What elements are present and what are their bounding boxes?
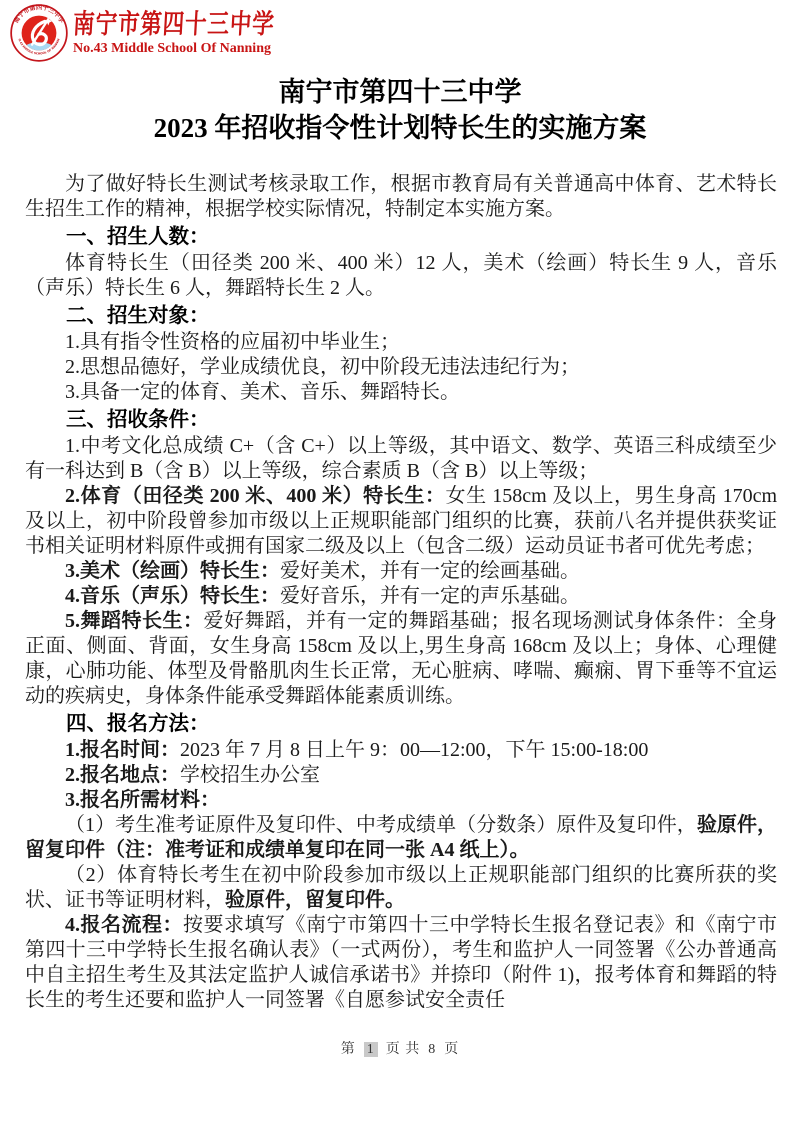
document-page: 南宁市第四十三中学 NO.43 MIDDLE SCHOOL OF NANNING…: [0, 0, 800, 1131]
paragraph: 3.报名所需材料：: [25, 788, 777, 813]
section-heading: 四、报名方法：: [25, 711, 777, 737]
paragraph: 1.报名时间：2023 年 7 月 8 日上午 9：00—12:00，下午 15…: [25, 738, 777, 763]
paragraph: 1.具有指令性资格的应届初中毕业生；: [25, 330, 777, 355]
school-logo-group: 南宁市第四十三中学 NO.43 MIDDLE SCHOOL OF NANNING…: [10, 4, 325, 62]
paragraph: （2）体育特长考生在初中阶段参加市级以上正规职能部门组织的比赛所获的奖状、证书等…: [25, 863, 777, 913]
text-run: 四、报名方法：: [66, 712, 210, 735]
text-run: 2.体育（田径类 200 米、400 米）特长生：: [65, 485, 446, 507]
paragraph: 4.报名流程：按要求填写《南宁市第四十三中学特长生报名登记表》和《南宁市第四十三…: [25, 913, 777, 1013]
text-run: 3.美术（绘画）特长生：: [65, 560, 280, 582]
document-title-line1: 南宁市第四十三中学: [0, 74, 800, 110]
text-run: 1.报名时间：: [65, 739, 180, 761]
text-run: 2023 年 7 月 8 日上午 9：00—12:00，下午 15:00-18:…: [180, 739, 648, 761]
school-emblem-icon: 南宁市第四十三中学 NO.43 MIDDLE SCHOOL OF NANNING: [10, 4, 68, 62]
paragraph: 为了做好特长生测试考核录取工作，根据市教育局有关普通高中体育、艺术特长生招生工作…: [25, 172, 777, 222]
paragraph: 1.中考文化总成绩 C+（含 C+）以上等级，其中语文、数学、英语三科成绩至少有…: [25, 434, 777, 484]
text-run: 二、招生对象：: [66, 304, 210, 327]
text-run: 5.舞蹈特长生：: [65, 610, 204, 632]
text-run: 验原件，留复印件。: [225, 889, 405, 911]
paragraph: （1）考生准考证原件及复印件、中考成绩单（分数条）原件及复印件，验原件，留复印件…: [25, 813, 777, 863]
text-run: 4.报名流程：: [65, 914, 183, 936]
text-run: 2.思想品德好，学业成绩优良，初中阶段无违法违纪行为；: [65, 356, 580, 378]
footer-label-middle: 页 共: [386, 1042, 421, 1057]
paragraph: 2.报名地点：学校招生办公室: [25, 763, 777, 788]
section-heading: 三、招收条件：: [25, 407, 777, 433]
section-heading: 二、招生对象：: [25, 303, 777, 329]
paragraph: 4.音乐（声乐）特长生：爱好音乐，并有一定的声乐基础。: [25, 584, 777, 609]
paragraph: 5.舞蹈特长生：爱好舞蹈，并有一定的舞蹈基础；报名现场测试身体条件：全身正面、侧…: [25, 609, 777, 709]
text-run: 体育特长生（田径类 200 米、400 米）12 人，美术（绘画）特长生 9 人…: [25, 252, 777, 299]
school-name-block: 南宁市第四十三中学 No.43 Middle School Of Nanning: [73, 4, 325, 57]
document-body: 为了做好特长生测试考核录取工作，根据市教育局有关普通高中体育、艺术特长生招生工作…: [25, 172, 777, 1013]
text-run: 学校招生办公室: [180, 764, 320, 786]
school-name-zh: 南宁市第四十三中学: [72, 9, 275, 41]
paragraph: 2.体育（田径类 200 米、400 米）特长生：女生 158cm 及以上，男生…: [25, 484, 777, 559]
text-run: 三、招收条件：: [66, 408, 210, 431]
text-run: 4.音乐（声乐）特长生：: [65, 585, 280, 607]
text-run: 爱好音乐，并有一定的声乐基础。: [280, 585, 580, 607]
school-name-en: No.43 Middle School Of Nanning: [73, 41, 325, 57]
text-run: 为了做好特长生测试考核录取工作，根据市教育局有关普通高中体育、艺术特长生招生工作…: [25, 173, 777, 220]
document-title: 南宁市第四十三中学 2023 年招收指令性计划特长生的实施方案: [0, 74, 800, 146]
text-run: 一、招生人数：: [66, 225, 210, 248]
footer-label-suffix: 页: [444, 1042, 459, 1057]
text-run: 3.报名所需材料：: [65, 789, 220, 811]
total-page-number: 8: [428, 1042, 436, 1057]
paragraph: 3.具备一定的体育、美术、音乐、舞蹈特长。: [25, 380, 777, 405]
paragraph: 3.美术（绘画）特长生：爱好美术，并有一定的绘画基础。: [25, 559, 777, 584]
text-run: 2.报名地点：: [65, 764, 180, 786]
current-page-number: 1: [364, 1042, 378, 1057]
text-run: 1.具有指令性资格的应届初中毕业生；: [65, 331, 400, 353]
text-run: 1.中考文化总成绩 C+（含 C+）以上等级，其中语文、数学、英语三科成绩至少有…: [25, 435, 777, 482]
section-heading: 一、招生人数：: [25, 224, 777, 250]
footer-label-prefix: 第: [341, 1042, 356, 1057]
page-footer: 第1页 共8页: [0, 1038, 800, 1058]
text-run: （1）考生准考证原件及复印件、中考成绩单（分数条）原件及复印件，: [65, 814, 697, 836]
text-run: 爱好美术，并有一定的绘画基础。: [280, 560, 580, 582]
paragraph: 2.思想品德好，学业成绩优良，初中阶段无违法违纪行为；: [25, 355, 777, 380]
document-title-line2: 2023 年招收指令性计划特长生的实施方案: [0, 110, 800, 146]
text-run: 3.具备一定的体育、美术、音乐、舞蹈特长。: [65, 381, 460, 403]
paragraph: 体育特长生（田径类 200 米、400 米）12 人，美术（绘画）特长生 9 人…: [25, 251, 777, 301]
